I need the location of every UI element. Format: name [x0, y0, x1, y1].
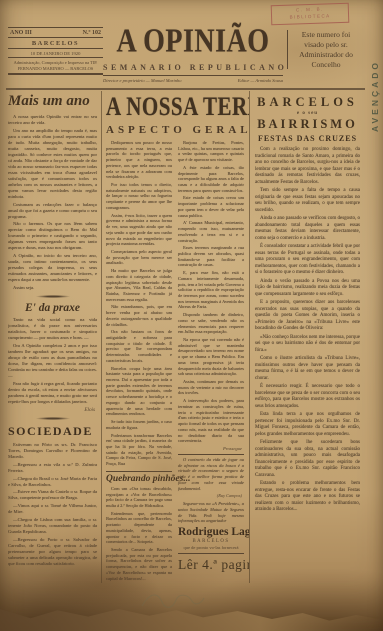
issue-number: N.º 102: [83, 30, 101, 36]
paragraph: Não estranhamos, pois, que em breve venh…: [106, 304, 172, 327]
paragraph: Estiveram no Pôrto os srs. Dr. Francisco…: [8, 442, 97, 460]
paragraph: Assim, é-nos licito, trazer a quem gover…: [106, 213, 172, 247]
paragraph: Se tudo isto fossem jardins, o caso muda…: [106, 419, 172, 430]
masthead-admin: Administração, Composição e Impresso na …: [8, 58, 103, 73]
article-subtitle-aspecto-geral: ASPECTO GERAL: [106, 124, 245, 136]
paragraph: —Regressou do Porto o sr. Salvador de Ca…: [8, 537, 97, 567]
paragraph: Sendo a Camara de Barcelos prejudicada, …: [106, 547, 172, 581]
article-title-barcelos: BARCELOS: [255, 95, 360, 110]
paragraph: Felizmente que lhe sucederam bons contin…: [255, 440, 360, 479]
paragraph: A êste estado de coisas, tão deprimente …: [178, 165, 244, 194]
paragraph: —Chegou do Brasil o sr. José Maria de Fa…: [8, 476, 97, 488]
paragraph: A' Camara Municipal, entretanto, rompend…: [178, 220, 244, 243]
insurance-ad: O contrario da vida de jogar ou de afron…: [178, 454, 244, 573]
ad-quote: O contrario da vida de jogar ou de afron…: [178, 457, 244, 491]
paragraph: Assim seja.: [8, 285, 97, 291]
paragraph: A intervenção dos poderes, para terminar…: [178, 398, 244, 444]
article-signature: Elois: [8, 407, 95, 413]
paragraph: Barjona de Freitas, Pontes, Lisboa, etc.…: [178, 140, 244, 163]
ad-agent-city: BARCELOS: [178, 539, 244, 544]
newspaper-subtitle: SEMANARIO REPUBLICANO: [103, 63, 283, 72]
paragraph: Não o faremos. Os que nos lêem sabem apr…: [8, 221, 97, 251]
paragraph: Costumam as redacções fazer o balanço an…: [8, 202, 97, 220]
paragraph: Tanto na vida social como na vida jornal…: [8, 317, 97, 341]
paragraph: Esses terrenos marginando a rua publica …: [178, 245, 244, 268]
ad-agent-name: Rodrigues Lago: [178, 526, 244, 538]
article-title-e-o-seu: e o seu: [255, 111, 360, 116]
paragraph: Um ano na amplidão do tempo nada é, mas …: [8, 128, 97, 200]
paragraph: Esta linda terra a que nos orgulhamos de…: [255, 412, 360, 438]
article-title-a-nossa-terra: A NOSSA TERRA: [106, 91, 245, 122]
body-columns: Mais um ano A nossa querida Opinião vai …: [8, 91, 360, 583]
column-center: A NOSSA TERRA ASPECTO GERAL Dediquemos u…: [102, 91, 250, 583]
paragraph: É necessario reagir. É necessario que to…: [255, 384, 360, 410]
paragraph: A nossa querida Opinião vai entrar no se…: [8, 114, 97, 126]
paragraph: Ha muito que Barcelos se julga com direi…: [106, 268, 172, 302]
masthead-date: 10 DE JANEIRO DE 1920: [8, 49, 103, 58]
paragraph: «Não conheço Barcelos nem me interessa, …: [255, 335, 360, 355]
paragraph: A Opinião, no inicio do seu terceiro ano…: [8, 253, 97, 283]
paragraph: E, para esse fim, não está a Camara inte…: [178, 270, 244, 310]
paragraph: Barcelos ocupa hoje uma área bastante va…: [106, 366, 172, 417]
center-subcolumn-right: Barjona de Freitas, Pontes, Lisboa, etc.…: [178, 140, 244, 583]
staff-row: Director e proprietário — Manuel Marinho…: [103, 75, 283, 83]
article-title-bairrismo: BAIRRISMO: [255, 117, 360, 132]
paragraph: —Chegou de Lisboa com sua familia, o sr.…: [8, 517, 97, 535]
library-stamp-line2: BIBLIOTECA: [289, 13, 330, 21]
paragraph: Com um «Ora toma» descabido, regozijam a…: [106, 486, 172, 509]
article-title-sociedade: SOCIEDADE: [8, 424, 97, 439]
masthead-center: A OPINIÃO SEMANARIO REPUBLICANO Director…: [103, 22, 283, 83]
paragraph: —Vimos aqui o sr. Tomé de Vilhena Junior…: [8, 503, 97, 515]
torn-bottom-edge: [0, 591, 383, 631]
pencil-mark: [138, 588, 208, 614]
article-title-e-da-praxe: E' da praxe: [8, 302, 97, 314]
continuation-marker: Prossegue: [178, 446, 242, 451]
ad-pitch: Segurae-vos na «A Previdente», a unica S…: [178, 501, 244, 524]
visa-notice: Este numero foi visado pelo sr. Administ…: [287, 30, 359, 69]
newspaper-page: C. M. B. BIBLIOTECA AVENÇADO ANO III N.º…: [0, 0, 383, 631]
center-subcolumn-left: Dediquemos um pouco de nosso pensamento …: [106, 140, 172, 583]
avencado-stamp: AVENÇADO: [370, 60, 380, 132]
ad-quote-signature: (Ruy Campos): [178, 493, 242, 498]
article-title-quebrando-pinhoes: Quebrando pinhões...: [106, 474, 172, 484]
paragraph: Poderiamos transformar Barcelos em' uma …: [106, 433, 172, 467]
issue-year: ANO III: [10, 30, 32, 36]
paragraph: Estando o problema melhoramentos bem ent…: [255, 481, 360, 514]
paragraph: —Esteve em Viana do Castelo o sr. Roque …: [8, 489, 97, 501]
paragraph: Para não fugir á regra geral, ficando po…: [8, 381, 97, 405]
paragraph: Ora A Opinião completou 2 anos e por iss…: [8, 343, 97, 379]
paragraph: Como o ilustre articulista da «Tribuna L…: [255, 356, 360, 382]
read-page-4-notice: Lêr 4.ª pagina: [178, 553, 244, 573]
paragraph: Dispondo tambem de dinheiro, como se sab…: [178, 312, 244, 335]
masthead-info-box: ANO III N.º 102 BARCELOS 10 DE JANEIRO D…: [8, 27, 103, 75]
column-right: BARCELOS e o seu BAIRRISMO FESTAS DAS CR…: [250, 91, 360, 583]
paragraph: Começariamos pelo aspecto geral de povoa…: [106, 249, 172, 266]
paragraph: Assim, continuam por demais os muros de …: [178, 379, 244, 396]
paragraph: —Regressou a esta vila a sr.ª D. Zulmira…: [8, 462, 97, 474]
article-title-festas-das-cruzes: FESTAS DAS CRUZES: [255, 134, 360, 143]
ad-tagline: que de pronto vo-las fornecerá: [178, 545, 244, 550]
paragraph: Por isso todos temos o direito, naturalm…: [106, 182, 172, 211]
masthead-city: BARCELOS: [8, 38, 103, 49]
article-title-mais-um-ano: Mais um ano: [8, 93, 97, 110]
newspaper-title: A OPINIÃO: [103, 22, 283, 61]
paragraph: Este estado de coisas creou um important…: [178, 195, 244, 218]
director-credit: Director e proprietário — Manuel Marinho: [103, 78, 182, 83]
section-divider: [36, 295, 70, 298]
section-divider: [36, 417, 70, 420]
paragraph: Na epoca que vai correndo não é admissiv…: [178, 337, 244, 377]
column-left: Mais um ano A nossa querida Opinião vai …: [8, 91, 102, 583]
paragraph: Ainda o verão passado a Povoa nos deu um…: [255, 279, 360, 299]
paragraph: Ainda o ano passado se verificou com des…: [255, 216, 360, 242]
issue-row: ANO III N.º 102: [8, 28, 103, 38]
paragraph: E a proposito, queremos dizer aos barcel…: [255, 300, 360, 333]
paragraph: Ora não bastam os foros de antiguidade e…: [106, 329, 172, 363]
paragraph: Tem sido sempre a falta de tempo a causa…: [255, 188, 360, 214]
paragraph: Com a realização no proximo domingo, da …: [255, 147, 360, 186]
article-quebrando-pinhoes: Quebrando pinhões... Com um «Ora toma» d…: [106, 471, 172, 582]
masthead-rule: [6, 88, 365, 90]
center-two-columns: Dediquemos um pouco de nosso pensamento …: [106, 140, 245, 583]
paragraph: É consolador constatar a actividade febr…: [255, 244, 360, 277]
paragraph: Dediquemos um pouco de nosso pensamento …: [106, 140, 172, 180]
paragraph: Entendemos que, pertencendo Barcelinhos …: [106, 511, 172, 545]
editor-credit: Editor — Armindo Sousa: [238, 78, 283, 83]
